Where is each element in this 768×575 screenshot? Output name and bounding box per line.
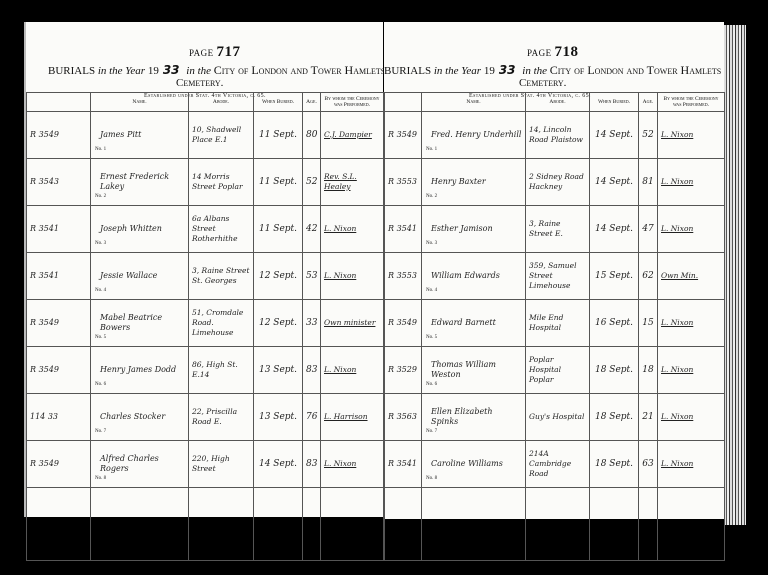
entry-number: No. 1 [426,145,437,155]
table-row: R 3541Joseph WhittenNo. 36a Albans Stree… [27,206,384,253]
entry-number: No. 5 [426,333,437,343]
register-ref: R 3543 [27,159,91,206]
table-row: R 3549Alfred Charles RogersNo. 8220, Hig… [27,441,384,488]
register-ref: R 3549 [27,347,91,394]
entry-officiant: L. Nixon [658,112,725,159]
right-page: PAGE 718 BURIALS in the Year 1933 in the… [384,22,724,519]
table-row: R 3549Edward BarnettNo. 5Mile End Hospit… [385,300,725,347]
entry-age: 21 [639,394,658,441]
register-ref: R 3553 [385,159,422,206]
col-header-register [27,93,91,112]
entry-number: No. 7 [426,427,437,437]
entry-number: No. 5 [95,333,106,343]
entry-number: No. 1 [95,145,106,155]
entry-number: No. 3 [426,239,437,249]
col-header-ceremony: By whom the Ceremony was Performed. [321,93,384,112]
col-header-when-buried: When Buried. [590,93,639,112]
col-header-abode: Abode. [526,93,590,112]
entry-buried: 12 Sept. [254,300,303,347]
entry-number: No. 6 [95,380,106,390]
entry-officiant: L. Nixon [658,441,725,488]
entry-officiant: C.J. Dampier [321,112,384,159]
entry-abode: 22, Priscilla Road E. [189,394,254,441]
table-row: R 3549Mabel Beatrice BowersNo. 551, Crom… [27,300,384,347]
entry-officiant: Rev. S.L. Healey [321,159,384,206]
entry-officiant: L. Nixon [658,159,725,206]
entry-name: Esther Jamison [425,224,522,234]
entry-officiant: L. Nixon [321,347,384,394]
entry-name: Charles Stocker [94,412,185,422]
entry-number: No. 2 [426,192,437,202]
burial-table: Name. Abode. When Buried. Age. By whom t… [26,92,384,561]
entry-name: Henry Baxter [425,177,522,187]
entry-officiant: Own minister [321,300,384,347]
title-in-the: in the [522,65,547,77]
entry-buried: 11 Sept. [254,206,303,253]
table-header-row: Name. Abode. When Buried. Age. By whom t… [385,93,725,112]
entry-number: No. 7 [95,427,106,437]
page-number: PAGE 717 [189,44,240,61]
table-row: R 3549James PittNo. 110, Shadwell Place … [27,112,384,159]
col-header-when-buried: When Buried. [254,93,303,112]
entry-name: Mabel Beatrice Bowers [94,313,185,333]
title-century: 19 [148,65,159,77]
entry-name: Thomas William Weston [425,360,522,380]
title-in-the-year: in the Year [98,65,145,77]
register-ref: R 3541 [385,206,422,253]
title-prefix: BURIALS [48,65,95,77]
entry-number: No. 4 [95,286,106,296]
entry-abode: 14 Morris Street Poplar [189,159,254,206]
entry-buried: 18 Sept. [590,394,639,441]
entry-buried: 14 Sept. [590,159,639,206]
title-year: 33 [499,63,516,77]
col-header-age: Age. [639,93,658,112]
entry-name: Alfred Charles Rogers [94,454,185,474]
entry-number: No. 4 [426,286,437,296]
entry-name: Henry James Dodd [94,365,185,375]
table-row: R 3549Fred. Henry UnderhillNo. 114, Linc… [385,112,725,159]
register-ref: R 3541 [27,253,91,300]
register-title: BURIALS in the Year 1933 in the City of … [384,63,721,78]
register-ref: R 3541 [27,206,91,253]
register-ref: R 3541 [385,441,422,488]
entry-name: William Edwards [425,271,522,281]
col-header-ceremony: By whom the Ceremony was Performed. [658,93,725,112]
entry-officiant: L. Nixon [658,300,725,347]
col-header-register [385,93,422,112]
table-row: R 3549Henry James DoddNo. 686, High St. … [27,347,384,394]
col-header-name: Name. [91,93,189,112]
page-label: PAGE [189,48,214,58]
entry-name: Jessie Wallace [94,271,185,281]
entry-buried: 12 Sept. [254,253,303,300]
entry-abode: 220, High Street [189,441,254,488]
col-header-abode: Abode. [189,93,254,112]
register-ref: R 3549 [385,300,422,347]
register-ref: R 3563 [385,394,422,441]
entry-buried: 11 Sept. [254,112,303,159]
register-ref: R 3549 [27,112,91,159]
entry-age: 53 [303,253,321,300]
entry-buried: 13 Sept. [254,347,303,394]
col-header-name: Name. [422,93,526,112]
entry-number: No. 6 [426,380,437,390]
entry-age: 15 [639,300,658,347]
entry-age: 80 [303,112,321,159]
entry-buried: 14 Sept. [590,112,639,159]
entry-abode: 86, High St. E.14 [189,347,254,394]
register-ref: R 3549 [27,441,91,488]
entry-age: 52 [303,159,321,206]
entry-age: 83 [303,347,321,394]
col-header-age: Age. [303,93,321,112]
cemetery-label: Cemetery. [176,77,223,89]
table-row: R 3529Thomas William WestonNo. 6Poplar H… [385,347,725,394]
table-row-empty [385,488,725,561]
entry-name: Fred. Henry Underhill [425,130,522,140]
entry-officiant: L. Nixon [321,253,384,300]
page-number-value: 718 [554,44,578,60]
table-row: R 3553William EdwardsNo. 4359, Samuel St… [385,253,725,300]
register-ref: R 3549 [385,112,422,159]
register-ref: 114 33 [27,394,91,441]
entry-age: 52 [639,112,658,159]
page-label: PAGE [527,48,552,58]
entry-buried: 14 Sept. [254,441,303,488]
entry-age: 62 [639,253,658,300]
entry-buried: 14 Sept. [590,206,639,253]
table-row: R 3553Henry BaxterNo. 22 Sidney Road Hac… [385,159,725,206]
entry-buried: 15 Sept. [590,253,639,300]
entry-age: 83 [303,441,321,488]
entry-name: Ernest Frederick Lakey [94,172,185,192]
entry-age: 63 [639,441,658,488]
entry-buried: 18 Sept. [590,347,639,394]
register-ref: R 3549 [27,300,91,347]
entry-buried: 11 Sept. [254,159,303,206]
entry-number: No. 3 [95,239,106,249]
page-edges [724,25,746,525]
page-number-value: 717 [216,44,240,60]
entry-abode: 51, Cromdale Road. Limehouse [189,300,254,347]
entry-abode: Guy's Hospital [526,394,590,441]
entry-abode: 6a Albans Street Rotherhithe [189,206,254,253]
page-number: PAGE 718 [527,44,578,61]
table-row: R 3541Jessie WallaceNo. 43, Raine Street… [27,253,384,300]
entry-officiant: L. Nixon [321,206,384,253]
entry-officiant: L. Nixon [658,206,725,253]
entry-age: 18 [639,347,658,394]
entry-buried: 18 Sept. [590,441,639,488]
table-header-row: Name. Abode. When Buried. Age. By whom t… [27,93,384,112]
table-row: R 3541Esther JamisonNo. 33, Raine Street… [385,206,725,253]
register-title: BURIALS in the Year 1933 in the City of … [48,63,385,78]
entry-officiant: L. Nixon [658,347,725,394]
title-century: 19 [484,65,495,77]
title-place: City of London and Tower Hamlets [214,63,385,77]
title-place: City of London and Tower Hamlets [550,63,721,77]
title-in-the: in the [186,65,211,77]
entry-name: Caroline Williams [425,459,522,469]
entry-abode: 359, Samuel Street Limehouse [526,253,590,300]
entry-age: 42 [303,206,321,253]
entry-age: 81 [639,159,658,206]
table-row: R 3543Ernest Frederick LakeyNo. 214 Morr… [27,159,384,206]
entry-name: Joseph Whitten [94,224,185,234]
entry-name: Ellen Elizabeth Spinks [425,407,522,427]
title-year: 33 [163,63,180,77]
cemetery-label: Cemetery. [519,77,566,89]
entry-age: 47 [639,206,658,253]
entry-number: No. 8 [426,474,437,484]
entry-abode: Poplar Hospital Poplar [526,347,590,394]
burial-table: Name. Abode. When Buried. Age. By whom t… [384,92,725,561]
title-prefix: BURIALS [384,65,431,77]
entry-officiant: Own Min. [658,253,725,300]
table-row: R 3541Caroline WilliamsNo. 8214A Cambrid… [385,441,725,488]
table-row-empty [27,488,384,561]
entry-buried: 16 Sept. [590,300,639,347]
entry-number: No. 8 [95,474,106,484]
entry-name: James Pitt [94,130,185,140]
entry-abode: 10, Shadwell Place E.1 [189,112,254,159]
entry-abode: 3, Raine Street E. [526,206,590,253]
entry-number: No. 2 [95,192,106,202]
entry-officiant: L. Harrison [321,394,384,441]
entry-abode: 14, Lincoln Road Plaistow [526,112,590,159]
left-page: PAGE 717 BURIALS in the Year 1933 in the… [24,22,383,517]
entry-abode: 3, Raine Street St. Georges [189,253,254,300]
register-ref: R 3529 [385,347,422,394]
entry-age: 33 [303,300,321,347]
entry-age: 76 [303,394,321,441]
entry-abode: 214A Cambridge Road [526,441,590,488]
entry-officiant: L. Nixon [321,441,384,488]
entry-buried: 13 Sept. [254,394,303,441]
table-row: R 3563Ellen Elizabeth SpinksNo. 7Guy's H… [385,394,725,441]
entry-name: Edward Barnett [425,318,522,328]
entry-officiant: L. Nixon [658,394,725,441]
register-ref: R 3553 [385,253,422,300]
entry-abode: Mile End Hospital [526,300,590,347]
table-row: 114 33Charles StockerNo. 722, Priscilla … [27,394,384,441]
entry-abode: 2 Sidney Road Hackney [526,159,590,206]
title-in-the-year: in the Year [434,65,481,77]
